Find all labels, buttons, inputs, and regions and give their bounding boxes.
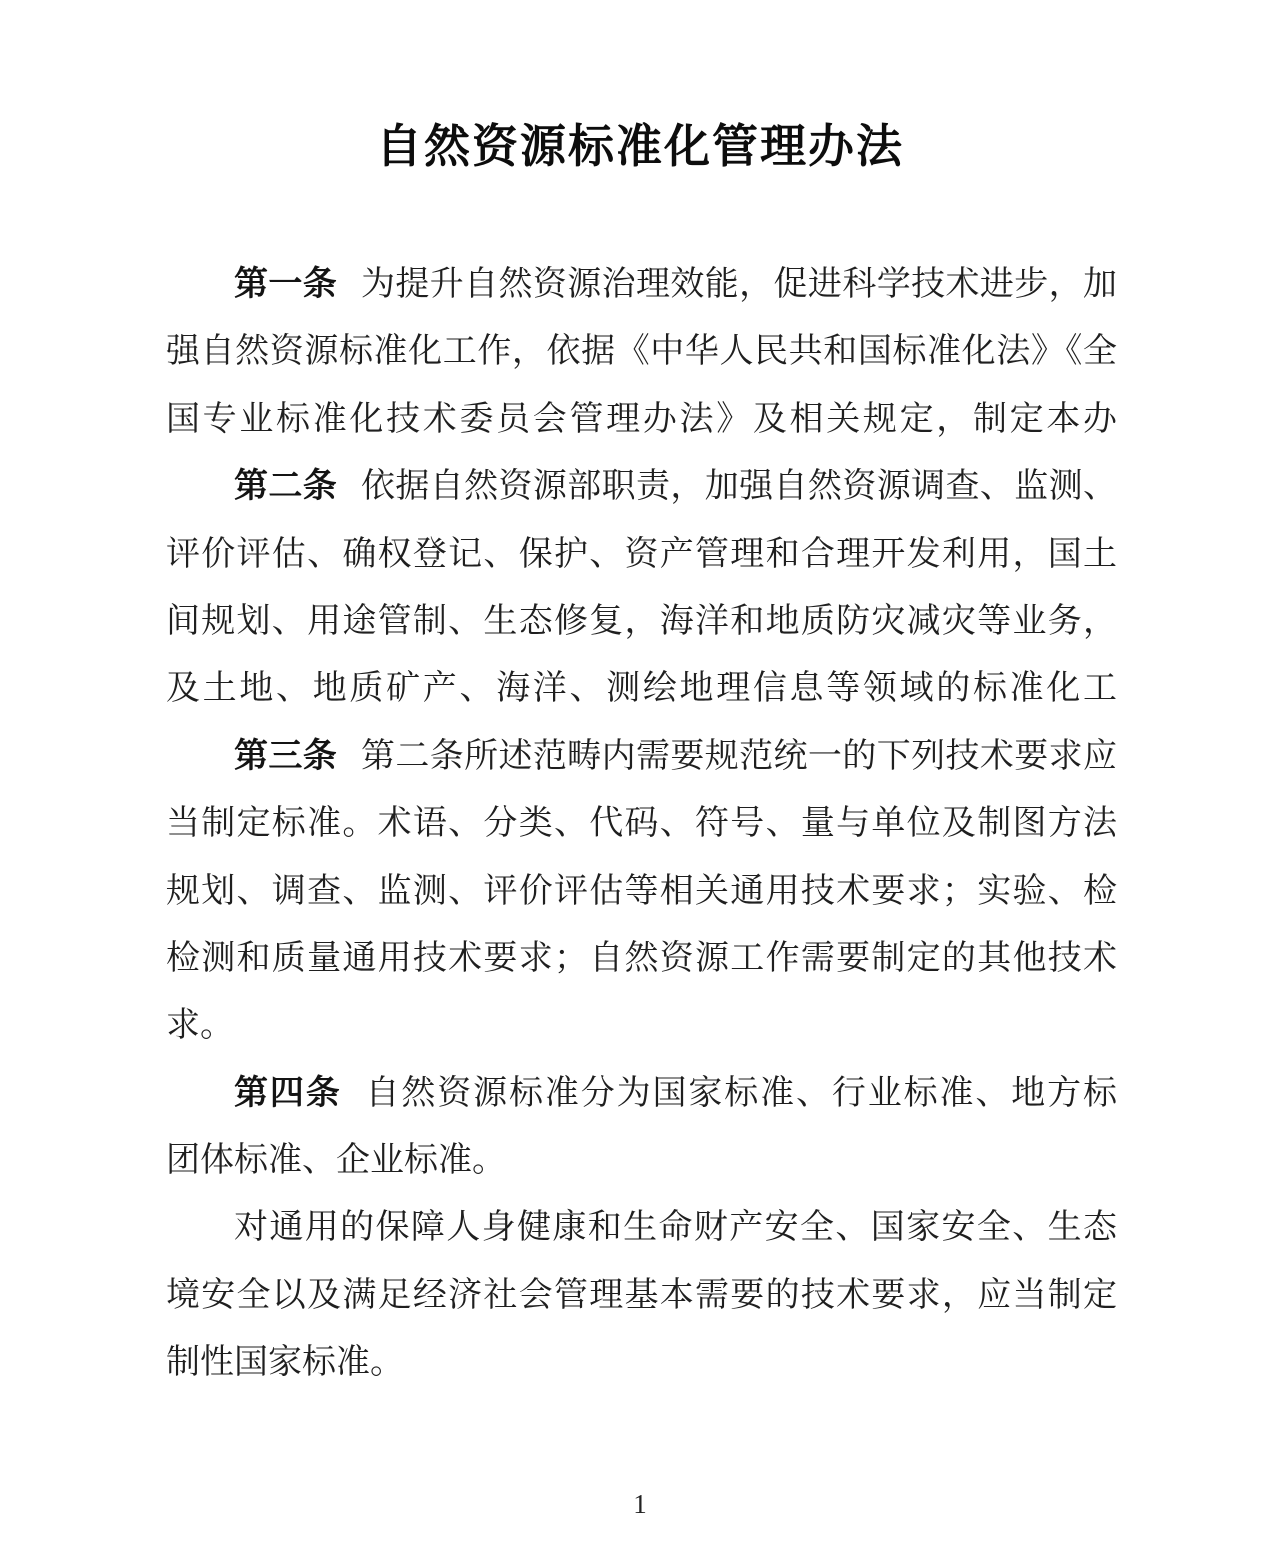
body-line: 国专业标准化技术委员会管理办法》及相关规定，制定本办法。	[166, 386, 1117, 453]
article-number: 第一条	[234, 266, 337, 303]
line-text: 为提升自然资源治理效能，促进科学技术进步，加	[361, 266, 1117, 303]
body-line: 评价评估、确权登记、保护、资产管理和合理开发利用，国土空	[166, 521, 1117, 588]
line-text: 强自然资源标准化工作，依据《中华人民共和国标准化法》《全	[166, 333, 1117, 370]
line-text: 境安全以及满足经济社会管理基本需要的技术要求，应当制定强	[166, 1277, 1117, 1329]
body-line: 及土地、地质矿产、海洋、测绘地理信息等领域的标准化工作。	[166, 655, 1117, 722]
line-text: 制性国家标准。	[166, 1344, 404, 1381]
line-text: 评价评估、确权登记、保护、资产管理和合理开发利用，国土空	[166, 536, 1117, 588]
body-line: 求。	[166, 992, 1117, 1059]
body-line: 第一条为提升自然资源治理效能，促进科学技术进步，加	[166, 251, 1117, 318]
body-line: 第二条依据自然资源部职责，加强自然资源调查、监测、	[166, 453, 1117, 520]
document-body: 第一条为提升自然资源治理效能，促进科学技术进步，加 强自然资源标准化工作，依据《…	[166, 251, 1117, 1397]
body-line: 第四条自然资源标准分为国家标准、行业标准、地方标准、	[166, 1060, 1117, 1127]
body-line: 当制定标准。术语、分类、代码、符号、量与单位及制图方法等；	[166, 790, 1117, 857]
body-line: 团体标准、企业标准。	[166, 1127, 1117, 1194]
line-text: 及土地、地质矿产、海洋、测绘地理信息等领域的标准化工作。	[166, 670, 1117, 722]
body-line: 境安全以及满足经济社会管理基本需要的技术要求，应当制定强	[166, 1262, 1117, 1329]
line-text: 求。	[166, 1007, 234, 1044]
line-text: 间规划、用途管制、生态修复，海洋和地质防灾减灾等业务，以	[166, 603, 1117, 655]
body-line: 第三条第二条所述范畴内需要规范统一的下列技术要求应	[166, 723, 1117, 790]
article-number: 第四条	[234, 1075, 342, 1112]
article-number: 第三条	[234, 738, 337, 775]
line-text: 对通用的保障人身健康和生命财产安全、国家安全、生态环	[166, 1209, 1117, 1261]
line-text: 当制定标准。术语、分类、代码、符号、量与单位及制图方法等；	[166, 805, 1117, 857]
body-line: 规划、调查、监测、评价评估等相关通用技术要求；实验、检验、	[166, 858, 1117, 925]
line-text: 国专业标准化技术委员会管理办法》及相关规定，制定本办法。	[166, 401, 1117, 453]
body-line: 检测和质量通用技术要求；自然资源工作需要制定的其他技术要	[166, 925, 1117, 992]
document-title: 自然资源标准化管理办法	[0, 113, 1280, 179]
body-line: 强自然资源标准化工作，依据《中华人民共和国标准化法》《全	[166, 318, 1117, 385]
line-text: 检测和质量通用技术要求；自然资源工作需要制定的其他技术要	[166, 940, 1117, 992]
line-text: 依据自然资源部职责，加强自然资源调查、监测、	[361, 468, 1117, 505]
body-line: 对通用的保障人身健康和生命财产安全、国家安全、生态环	[166, 1194, 1117, 1261]
body-line: 制性国家标准。	[166, 1329, 1117, 1396]
line-text: 团体标准、企业标准。	[166, 1142, 506, 1179]
article-number: 第二条	[234, 468, 337, 505]
page-number: 1	[0, 1488, 1280, 1520]
line-text: 第二条所述范畴内需要规范统一的下列技术要求应	[361, 738, 1117, 775]
body-line: 间规划、用途管制、生态修复，海洋和地质防灾减灾等业务，以	[166, 588, 1117, 655]
line-text: 规划、调查、监测、评价评估等相关通用技术要求；实验、检验、	[166, 873, 1117, 925]
